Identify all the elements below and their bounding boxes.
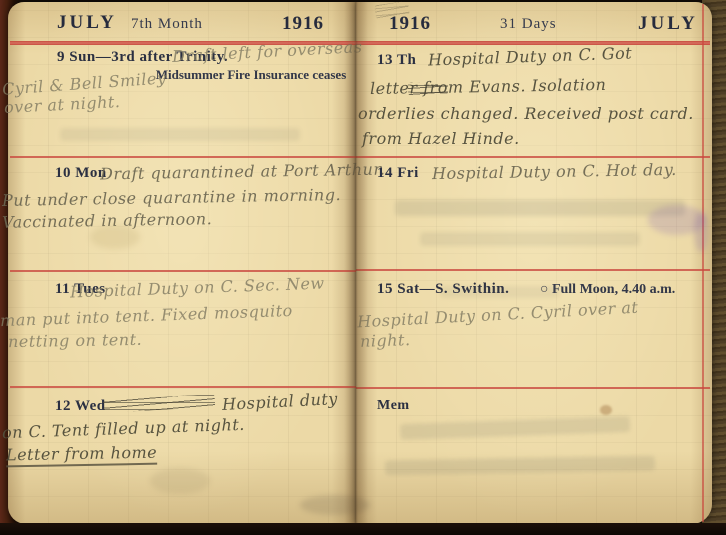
printed-note-midsummer: Midsummer Fire Insurance ceases — [145, 67, 357, 83]
divider-rule — [356, 269, 710, 271]
entry-label-13-th: 13 Th — [377, 52, 416, 69]
book-cover-bottom-edge — [0, 523, 726, 535]
right-header-month: JULY — [638, 13, 698, 35]
divider-rule — [356, 156, 710, 158]
margin-rule-right — [702, 4, 704, 522]
right-header-center: 31 Days — [500, 16, 557, 33]
header-rule-left — [10, 41, 356, 45]
diary-page-right — [356, 2, 712, 524]
entry-label-12-wed: 12 Wed — [55, 398, 106, 415]
left-header-month: JULY — [57, 12, 117, 34]
moon-phase-note: ○ Full Moon, 4.40 a.m. — [540, 282, 675, 298]
left-header-year: 1916 — [282, 13, 324, 35]
entry-label-14-fri: 14 Fri — [377, 165, 419, 182]
entry-label-15-sat: 15 Sat—S. Swithin. — [377, 281, 509, 298]
left-header-center: 7th Month — [131, 16, 203, 33]
entry-label-9-sun: 9 Sun—3rd after Trinity. — [57, 49, 228, 66]
divider-rule — [356, 387, 710, 389]
divider-rule — [10, 156, 356, 158]
right-header-year: 1916 — [389, 13, 431, 35]
diary-scan: JULY 7th Month 1916 1916 31 Days JULY 9 … — [0, 0, 726, 535]
mem-section-label: Mem — [377, 398, 410, 414]
divider-rule — [10, 386, 356, 388]
header-rule-right — [356, 41, 710, 45]
entry-label-11-tues: 11 Tues — [55, 281, 106, 298]
divider-rule — [10, 270, 356, 272]
entry-label-10-mon: 10 Mon — [55, 165, 107, 182]
